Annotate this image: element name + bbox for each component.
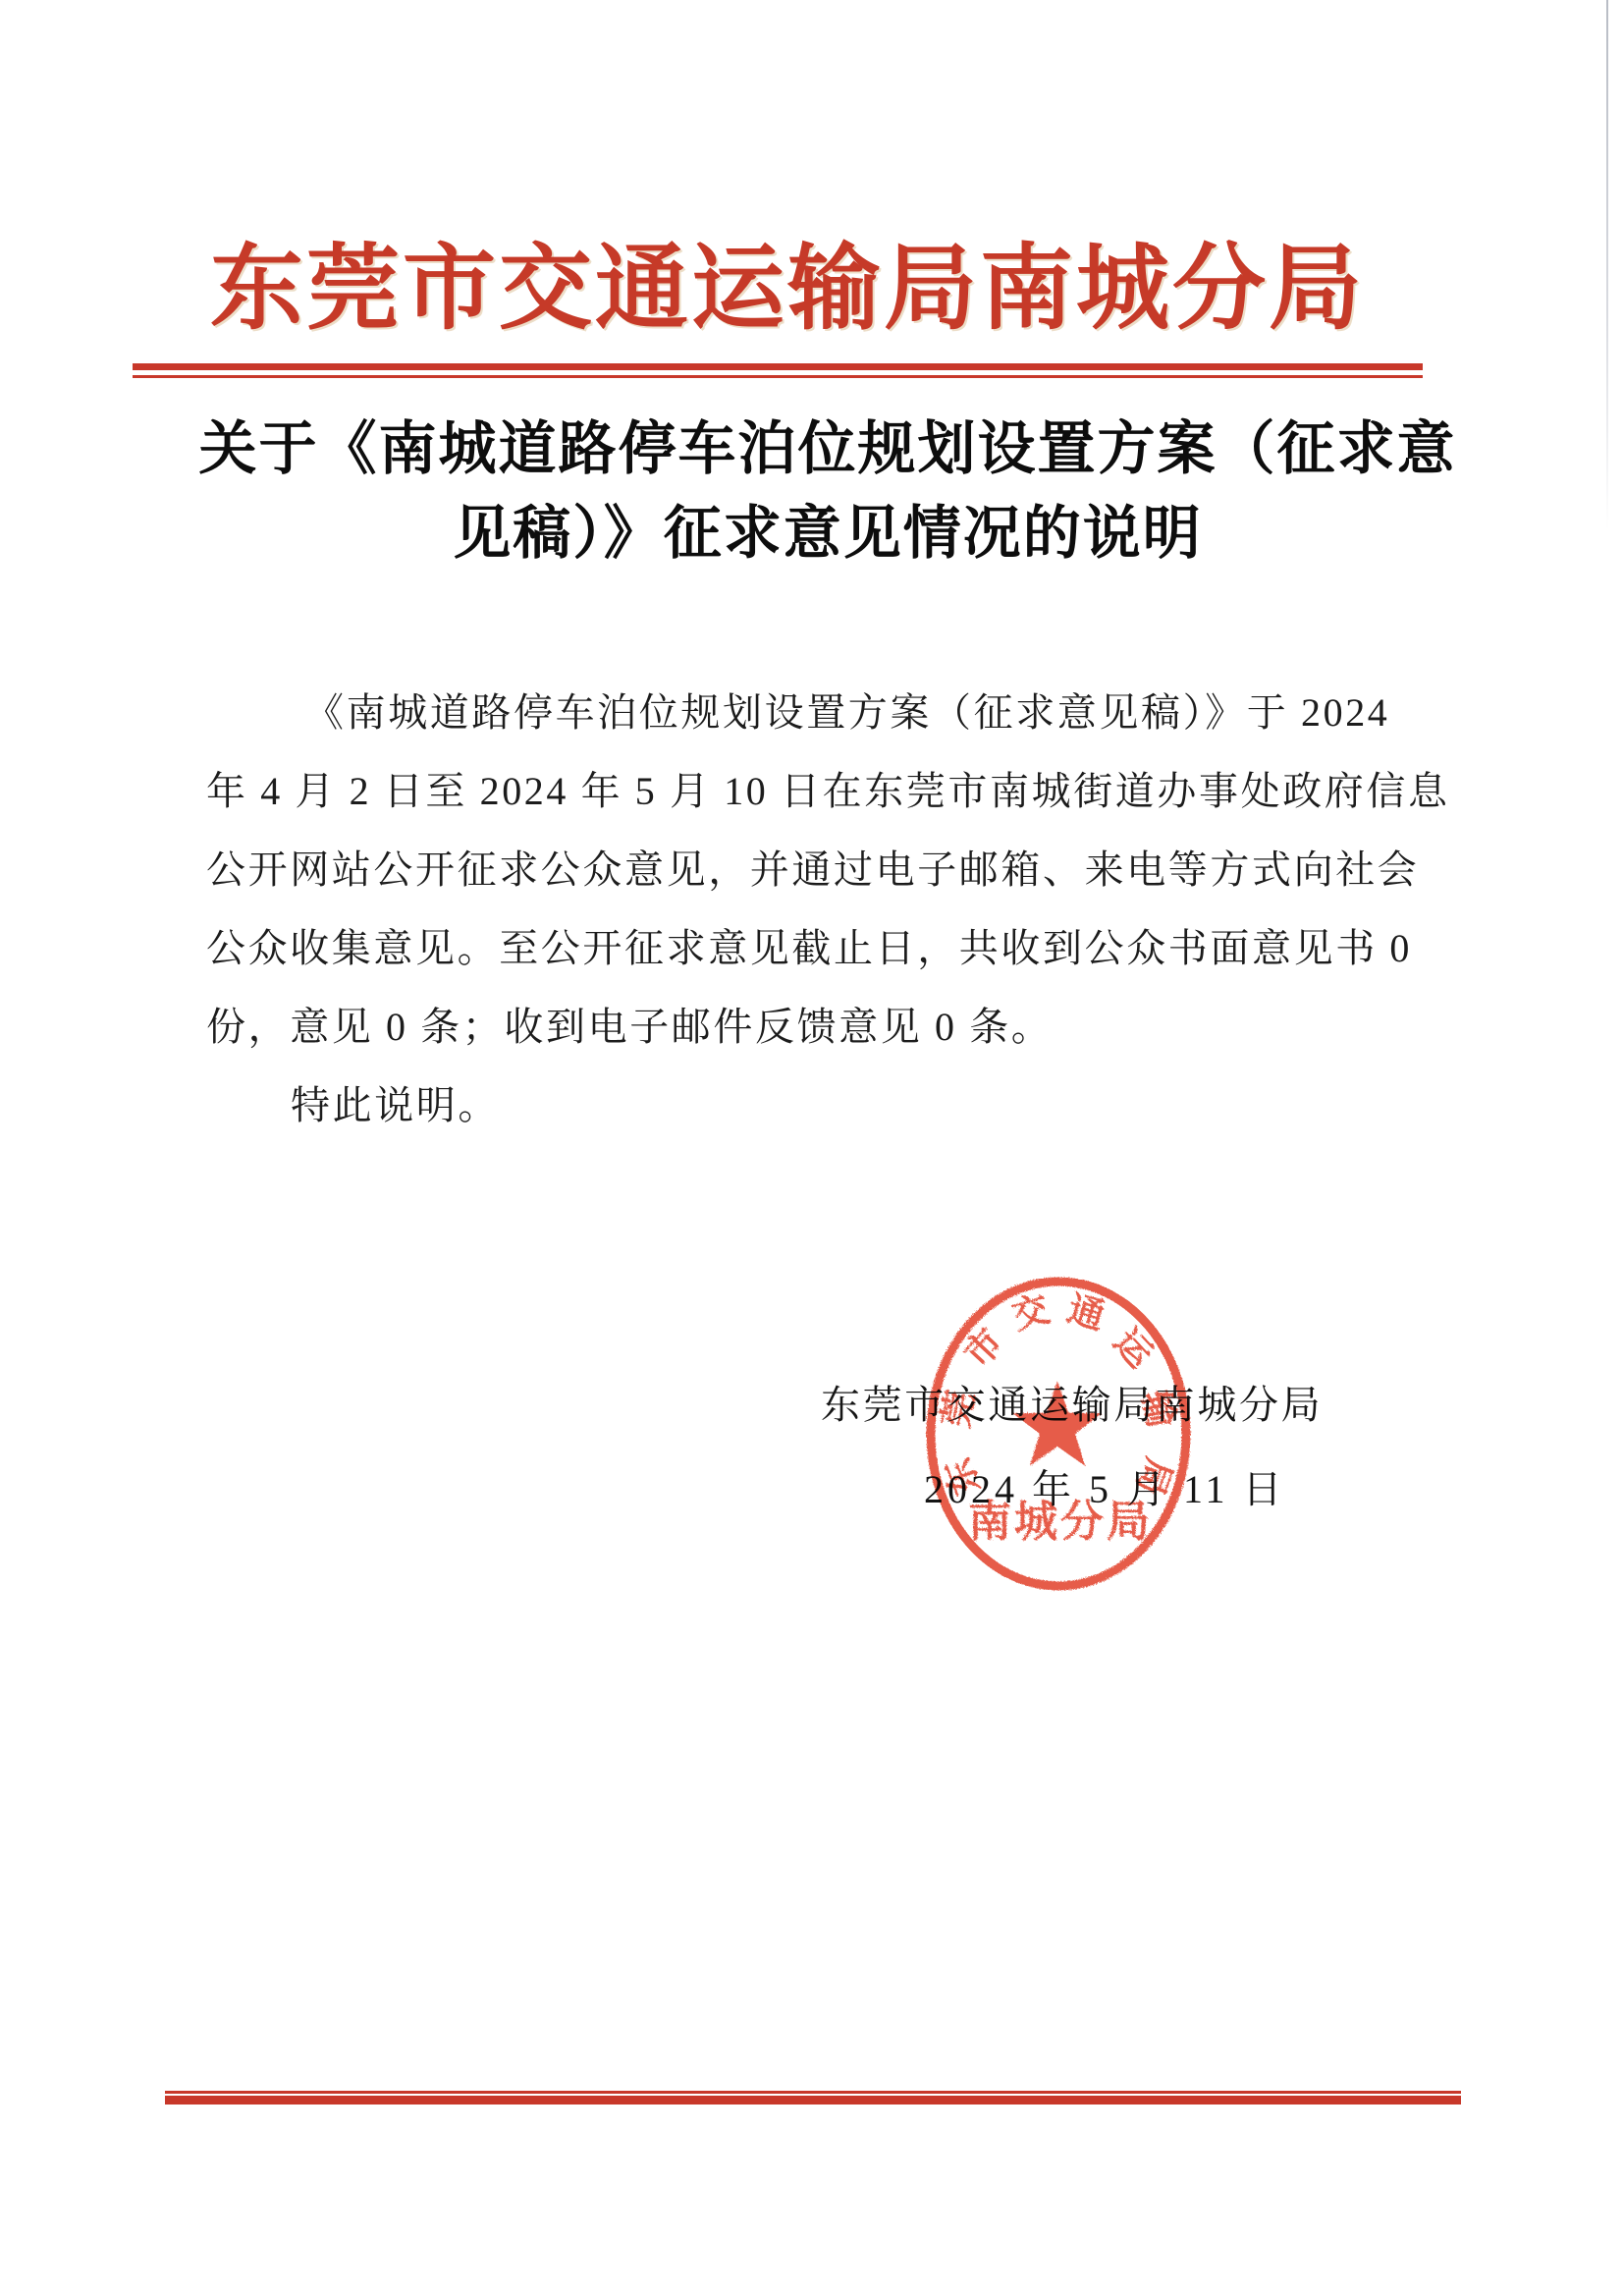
document-title-line2: 见稿）》征求意见情况的说明 [180,491,1476,575]
header-rule [133,363,1423,378]
official-seal: 东 莞 市 交 通 运 输 局 南城分局 [903,1255,1217,1616]
svg-text:局: 局 [1128,1452,1178,1501]
body-line: 公众收集意见。至公开征求意见截止日，共收到公众书面意见书 0 [206,909,1473,988]
svg-text:莞: 莞 [935,1388,982,1432]
body-line: 《南城道路停车泊位规划设置方案（征求意见稿）》于 2024 [206,674,1473,752]
document-title-line1: 关于《南城道路停车泊位规划设置方案（征求意 [180,407,1476,491]
document-page: 东莞市交通运输局南城分局 关于《南城道路停车泊位规划设置方案（征求意 见稿）》征… [0,0,1623,2296]
scan-artifact-line [1606,0,1608,530]
letterhead-title: 东莞市交通运输局南城分局 [139,234,1435,344]
header-rule-thick [133,363,1423,370]
header-rule-thin [133,375,1423,378]
svg-text:输: 输 [1134,1386,1183,1431]
seal-star-icon [1012,1381,1102,1466]
footer-rule-thick [165,2096,1461,2105]
body-closing-line: 特此说明。 [206,1066,1473,1145]
svg-text:通: 通 [1063,1288,1109,1338]
body-line: 份，意见 0 条；收到电子邮件反馈意见 0 条。 [206,988,1473,1066]
svg-text:交: 交 [1007,1288,1054,1338]
body-paragraph: 《南城道路停车泊位规划设置方案（征求意见稿）》于 2024 年 4 月 2 日至… [206,674,1473,1145]
document-title: 关于《南城道路停车泊位规划设置方案（征求意 见稿）》征求意见情况的说明 [180,407,1476,575]
footer-rule [165,2091,1461,2105]
body-line: 年 4 月 2 日至 2024 年 5 月 10 日在东莞市南城街道办事处政府信… [206,752,1473,831]
body-line: 公开网站公开征求公众意见，并通过电子邮箱、来电等方式向社会 [206,831,1473,909]
seal-bottom-text: 南城分局 [968,1498,1153,1546]
